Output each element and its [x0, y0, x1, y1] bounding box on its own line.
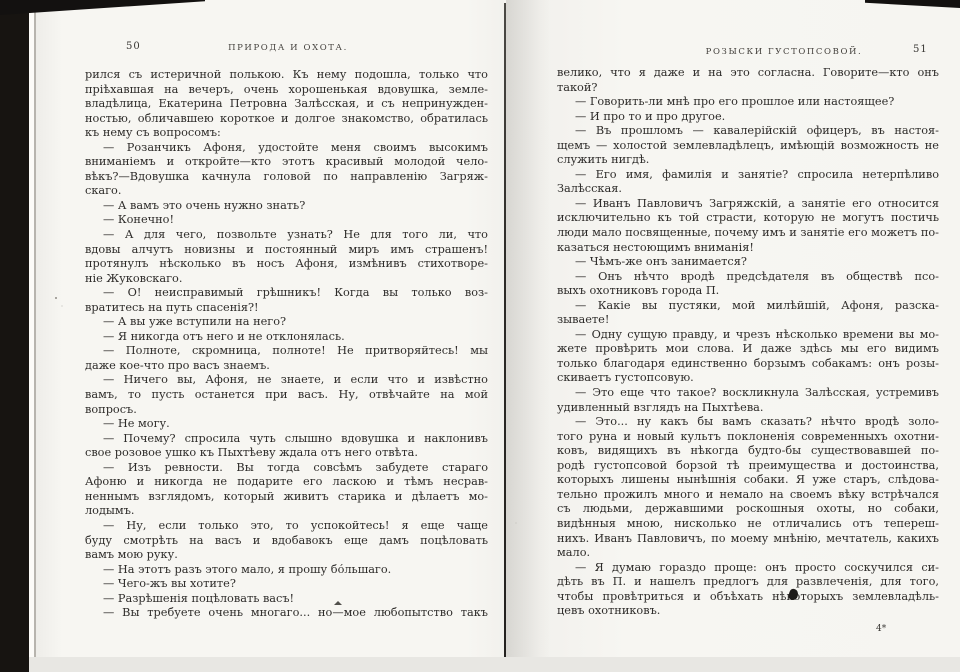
text-line: ніе Жуковскаго.: [85, 272, 488, 287]
text-line: — Чѣмъ-же онъ занимается?: [557, 255, 939, 270]
text-line: свое розовое ушко къ Пыхтѣеву ждала отъ …: [85, 446, 488, 461]
text-line: вопросъ.: [85, 403, 488, 418]
text-line: лодымъ.: [85, 504, 488, 519]
text-line: — А вы уже вступили на него?: [85, 315, 488, 330]
text-line: жете провѣрить мои слова. И даже здѣсь м…: [557, 342, 939, 357]
text-line: — Какіе вы пустяки, мой милѣйшій, Афоня,…: [557, 299, 939, 314]
text-column-left: рился съ истеричной полькою. Къ нему под…: [85, 68, 488, 621]
signature-mark: 4*: [876, 624, 886, 634]
text-line: родѣ густопсовой борзой тѣ преимущества …: [557, 459, 939, 474]
text-line: тельно прожилъ много и немало на своемъ …: [557, 488, 939, 503]
page-gutter-line: [504, 3, 506, 672]
text-line: — И про то и про другое.: [557, 110, 939, 125]
text-line: вниманіемъ и откройте—кто этотъ красивый…: [85, 155, 488, 170]
text-line: — Я никогда отъ него и не отклонялась.: [85, 330, 488, 345]
text-line: — Иванъ Павловичъ Загряжскій, а занятіе …: [557, 197, 939, 212]
text-line: выхъ охотниковъ города П.: [557, 284, 939, 299]
text-line: ностью, обличавшею короткое и долгое зна…: [85, 112, 488, 127]
text-line: такой?: [557, 81, 939, 96]
running-title-right: РОЗЫСКИ ГУСТОПСОВОЙ.: [706, 47, 863, 57]
text-line: буду смотрѣть на васъ и вдобавокъ еще да…: [85, 534, 488, 549]
text-line: неннымъ взглядомъ, который живитъ старик…: [85, 490, 488, 505]
text-line: Залѣсская.: [557, 182, 939, 197]
text-line: того руна и новый культъ поклоненія совр…: [557, 430, 939, 445]
text-line: удивленный взглядъ на Пыхтѣева.: [557, 401, 939, 416]
text-line: вдовы алчутъ новизны и постоянный миръ и…: [85, 243, 488, 258]
text-line: ковъ, видящихъ въ нѣкогда будто-бы сущес…: [557, 444, 939, 459]
text-line: — На этотъ разъ этого мало, я прошу бо́л…: [85, 563, 488, 578]
text-line: исключительно къ той страсти, которую не…: [557, 211, 939, 226]
text-line: — Чего-жъ вы хотите?: [85, 577, 488, 592]
text-line: нихъ. Иванъ Павловичъ, по моему мнѣнію, …: [557, 532, 939, 547]
text-line: чтобы провѣтриться и объѣхать нѣкоторыхъ…: [557, 590, 939, 605]
book-edge-band: [0, 0, 29, 672]
scan-bottom-band: [29, 657, 960, 672]
text-line: къ нему съ вопросомъ:: [85, 126, 488, 141]
running-title-left: ПРИРОДА И ОХОТА.: [228, 43, 348, 53]
text-column-right: велико, что я даже и на это согласна. Го…: [557, 66, 939, 619]
text-line: — Не могу.: [85, 417, 488, 432]
text-line: — Розанчикъ Афоня, удостойте меня своимъ…: [85, 141, 488, 156]
text-line: — Это... ну какъ бы вамъ сказать? нѣчто …: [557, 415, 939, 430]
text-line: казаться нестоющимъ вниманія!: [557, 241, 939, 256]
text-line: мало.: [557, 546, 939, 561]
text-line: — Одну сущую правду, и чрезъ нѣсколько в…: [557, 328, 939, 343]
ink-smudge: [334, 601, 342, 605]
text-line: велико, что я даже и на это согласна. Го…: [557, 66, 939, 81]
text-line: — Полноте, скромница, полноте! Не притво…: [85, 344, 488, 359]
text-line: — Вы требуете очень многаго... но—мое лю…: [85, 606, 488, 621]
text-line: — Ну, если только это, то успокойтесь! я…: [85, 519, 488, 534]
text-line: владѣлица, Екатерина Петровна Залѣсская,…: [85, 97, 488, 112]
text-line: — О! неисправимый грѣшникъ! Когда вы тол…: [85, 286, 488, 301]
text-line: люди мало посвященные, почему имъ и заня…: [557, 226, 939, 241]
text-line: дѣть въ П. и нашелъ предлогъ для развлеч…: [557, 575, 939, 590]
book-scan: 50 ПРИРОДА И ОХОТА. РОЗЫСКИ ГУСТОПСОВОЙ.…: [0, 0, 960, 672]
text-line: — Это еще что такое? воскликнула Залѣсск…: [557, 386, 939, 401]
gutter-shadow: [506, 0, 550, 672]
text-line: даже кое-что про васъ знаемъ.: [85, 359, 488, 374]
text-line: только благодаря единственно борзымъ соб…: [557, 357, 939, 372]
text-line: пріѣхавшая на вечеръ, очень хорошенькая …: [85, 83, 488, 98]
text-line: — Я думаю гораздо проще: онъ просто соск…: [557, 561, 939, 576]
text-line: служить нигдѣ.: [557, 153, 939, 168]
text-line: — Онъ нѣчто вродѣ предсѣдателя въ общест…: [557, 270, 939, 285]
text-line: — А вамъ это очень нужно знать?: [85, 199, 488, 214]
text-line: которыхъ лишены нынѣшнія собаки. Я уже с…: [557, 473, 939, 488]
text-line: протянулъ нѣсколько въ носъ Афоня, измѣн…: [85, 257, 488, 272]
page-number-right: 51: [913, 44, 928, 55]
text-line: рился съ истеричной полькою. Къ нему под…: [85, 68, 488, 83]
text-line: — А для чего, позвольте узнать? Не для т…: [85, 228, 488, 243]
text-line: скаго.: [85, 184, 488, 199]
text-line: щемъ — холостой землевладѣлецъ, имѣющій …: [557, 139, 939, 154]
text-line: вамъ мою руку.: [85, 548, 488, 563]
text-line: — Изъ ревности. Вы тогда совсѣмъ забудет…: [85, 461, 488, 476]
text-line: вамъ, то пусть останется при васъ. Ну, о…: [85, 388, 488, 403]
text-line: вѣкъ?—Вдовушка качнула головой по направ…: [85, 170, 488, 185]
text-line: — Конечно!: [85, 213, 488, 228]
text-line: съ людьми, державшими роскошныя охоты, н…: [557, 502, 939, 517]
text-line: цевъ охотниковъ.: [557, 604, 939, 619]
text-line: Афоню и никогда не подарите его ласкою и…: [85, 475, 488, 490]
text-line: зываете!: [557, 313, 939, 328]
text-line: — Говорить-ли мнѣ про его прошлое или на…: [557, 95, 939, 110]
text-line: — Почему? спросила чуть слышно вдовушка …: [85, 432, 488, 447]
text-line: — Ничего вы, Афоня, не знаете, и если чт…: [85, 373, 488, 388]
text-line: — Разрѣшенія поцѣловать васъ!: [85, 592, 488, 607]
text-line: видѣнныя мною, нисколько не отличались о…: [557, 517, 939, 532]
page-edge-line: [34, 8, 36, 672]
text-line: — Въ прошломъ — кавалерійскій офицеръ, в…: [557, 124, 939, 139]
page-number-left: 50: [126, 41, 141, 52]
text-line: скиваетъ густопсовую.: [557, 371, 939, 386]
scan-specks: [55, 297, 57, 299]
text-line: — Его имя, фамилія и занятіе? спросила н…: [557, 168, 939, 183]
text-line: вратитесь на путь спасенія?!: [85, 301, 488, 316]
